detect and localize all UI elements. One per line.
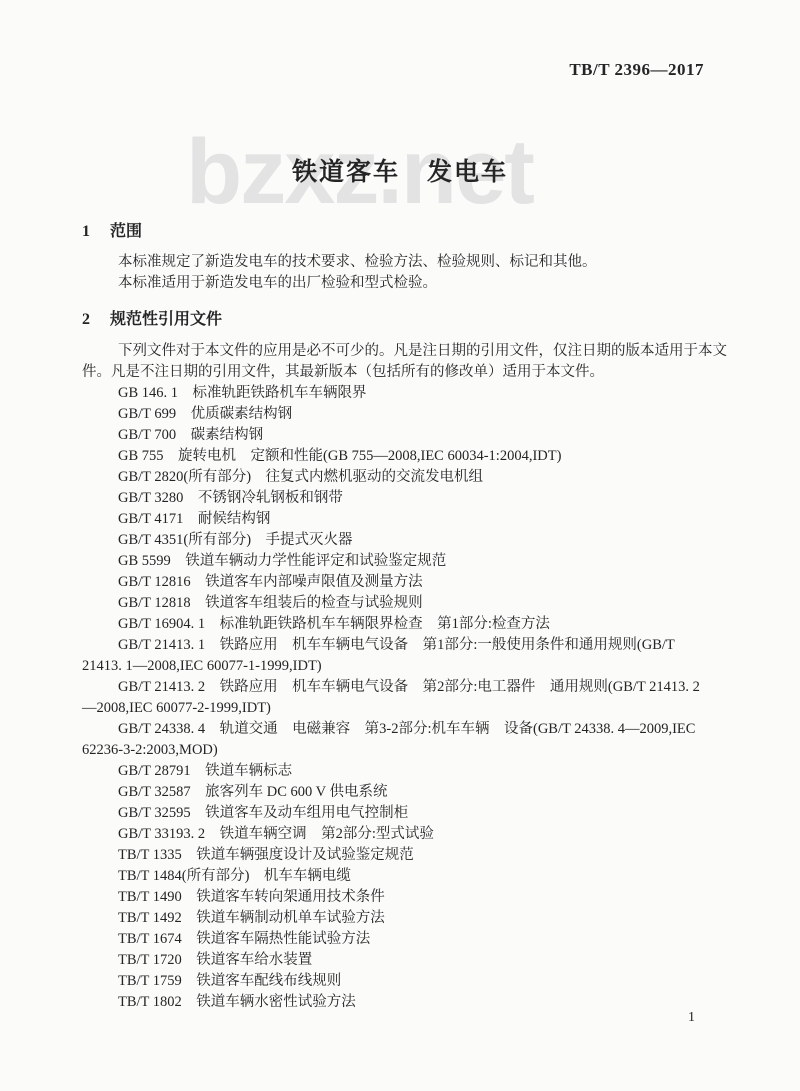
reference-entry: GB/T 28791 铁道车辆标志 [82,761,718,782]
reference-entry: GB/T 32587 旅客列车 DC 600 V 供电系统 [82,782,718,803]
reference-entry: GB 146. 1 标准轨距铁路机车车辆限界 [82,383,718,404]
reference-entry: GB/T 12816 铁道客车内部噪声限值及测量方法 [82,572,718,593]
document-page: bzxz.net TB/T 2396—2017 铁道客车 发电车 1范围 本标准… [0,0,800,1091]
reference-entry: GB/T 4351(所有部分) 手提式灭火器 [82,530,718,551]
reference-entry: GB/T 24338. 4 轨道交通 电磁兼容 第3-2部分:机车车辆 设备(G… [82,719,718,740]
reference-entry: GB/T 4171 耐候结构钢 [82,509,718,530]
reference-entry: TB/T 1490 铁道客车转向架通用技术条件 [82,887,718,908]
reference-entry: GB/T 32595 铁道客车及动车组用电气控制柜 [82,803,718,824]
standard-code: TB/T 2396—2017 [569,60,704,80]
reference-entry: GB/T 12818 铁道客车组装后的检查与试验规则 [82,593,718,614]
document-title: 铁道客车 发电车 [85,152,715,188]
reference-entry: TB/T 1335 铁道车辆强度设计及试验鉴定规范 [82,845,718,866]
section-scope-number: 1 [82,221,110,243]
document-body: 1范围 本标准规定了新造发电车的技术要求、检验方法、检验规则、标记和其他。 本标… [82,221,718,1013]
references-list: GB 146. 1 标准轨距铁路机车车辆限界 GB/T 699 优质碳素结构钢 … [82,383,718,1013]
reference-entry: —2008,IEC 60077-2-1999,IDT) [82,698,718,719]
references-intro-line: 下列文件对于本文件的应用是必不可少的。凡是注日期的引用文件，仅注日期的版本适用于… [82,341,718,362]
reference-entry: GB 755 旋转电机 定额和性能(GB 755—2008,IEC 60034-… [82,446,718,467]
reference-entry: GB/T 3280 不锈钢冷轧钢板和钢带 [82,488,718,509]
reference-entry: TB/T 1484(所有部分) 机车车辆电缆 [82,866,718,887]
references-intro: 下列文件对于本文件的应用是必不可少的。凡是注日期的引用文件，仅注日期的版本适用于… [82,341,718,383]
section-scope-heading: 1范围 [82,221,718,243]
reference-entry: GB/T 21413. 1 铁路应用 机车车辆电气设备 第1部分:一般使用条件和… [82,635,718,656]
scope-paragraphs: 本标准规定了新造发电车的技术要求、检验方法、检验规则、标记和其他。 本标准适用于… [82,252,718,294]
section-references-heading: 2规范性引用文件 [82,309,718,331]
reference-entry: GB/T 700 碳素结构钢 [82,425,718,446]
reference-entry: 62236-3-2:2003,MOD) [82,740,718,761]
reference-entry: TB/T 1492 铁道车辆制动机单车试验方法 [82,908,718,929]
reference-entry: TB/T 1720 铁道客车给水装置 [82,950,718,971]
reference-entry: TB/T 1759 铁道客车配线布线规则 [82,971,718,992]
reference-entry: TB/T 1802 铁道车辆水密性试验方法 [82,992,718,1013]
section-references-number: 2 [82,309,110,331]
reference-entry: GB/T 2820(所有部分) 往复式内燃机驱动的交流发电机组 [82,467,718,488]
reference-entry: 21413. 1—2008,IEC 60077-1-1999,IDT) [82,656,718,677]
reference-entry: GB/T 16904. 1 标准轨距铁路机车车辆限界检查 第1部分:检查方法 [82,614,718,635]
scope-paragraph: 本标准规定了新造发电车的技术要求、检验方法、检验规则、标记和其他。 [82,252,718,273]
page-number: 1 [688,1010,695,1026]
section-references-title: 规范性引用文件 [110,311,222,328]
section-scope-title: 范围 [110,223,142,240]
scope-paragraph: 本标准适用于新造发电车的出厂检验和型式检验。 [82,273,718,294]
reference-entry: GB 5599 铁道车辆动力学性能评定和试验鉴定规范 [82,551,718,572]
reference-entry: GB/T 21413. 2 铁路应用 机车车辆电气设备 第2部分:电工器件 通用… [82,677,718,698]
references-intro-line: 件。凡是不注日期的引用文件，其最新版本（包括所有的修改单）适用于本文件。 [82,362,718,383]
reference-entry: TB/T 1674 铁道客车隔热性能试验方法 [82,929,718,950]
reference-entry: GB/T 33193. 2 铁道车辆空调 第2部分:型式试验 [82,824,718,845]
reference-entry: GB/T 699 优质碳素结构钢 [82,404,718,425]
